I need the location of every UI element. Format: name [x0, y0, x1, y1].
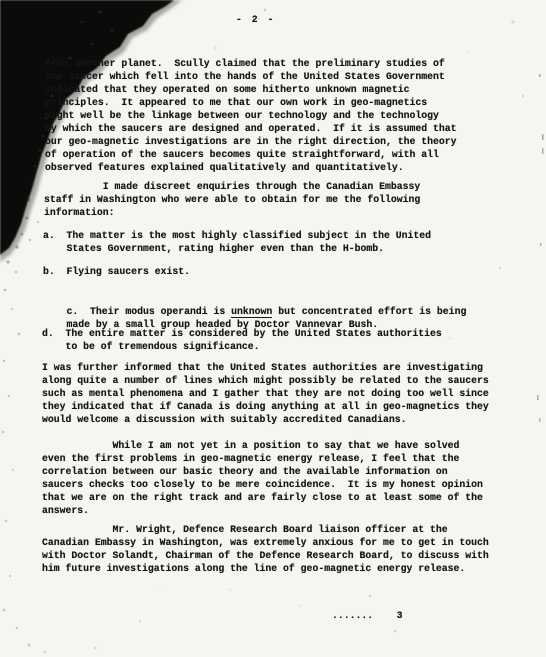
list-item-b: b. Flying saucers exist. [43, 265, 190, 278]
paragraph-4: While I am not yet in a position to say … [42, 439, 483, 517]
left-margin-speckles [2, 260, 47, 653]
list-item-c-text: c. Their modus operandi is [67, 306, 232, 317]
page-number-header: - 2 - [236, 13, 275, 26]
right-edge-marks [537, 74, 544, 422]
paragraph-1: from another planet. Scully claimed that… [45, 57, 457, 174]
list-item-a: a. The matter is the most highly classif… [43, 229, 431, 255]
paragraph-3: I was further informed that the United S… [42, 361, 489, 426]
underlined-word: unknown [231, 306, 272, 318]
paragraph-5: Mr. Wright, Defence Research Board liais… [42, 523, 489, 575]
scanned-document-page: - 2 - from another planet. Scully claime… [0, 0, 546, 657]
list-item-d: d. The entire matter is considered by th… [42, 327, 442, 353]
page-footer-ref: ....... 3 [332, 609, 403, 622]
paragraph-2: I made discreet enquiries through the Ca… [44, 180, 420, 219]
